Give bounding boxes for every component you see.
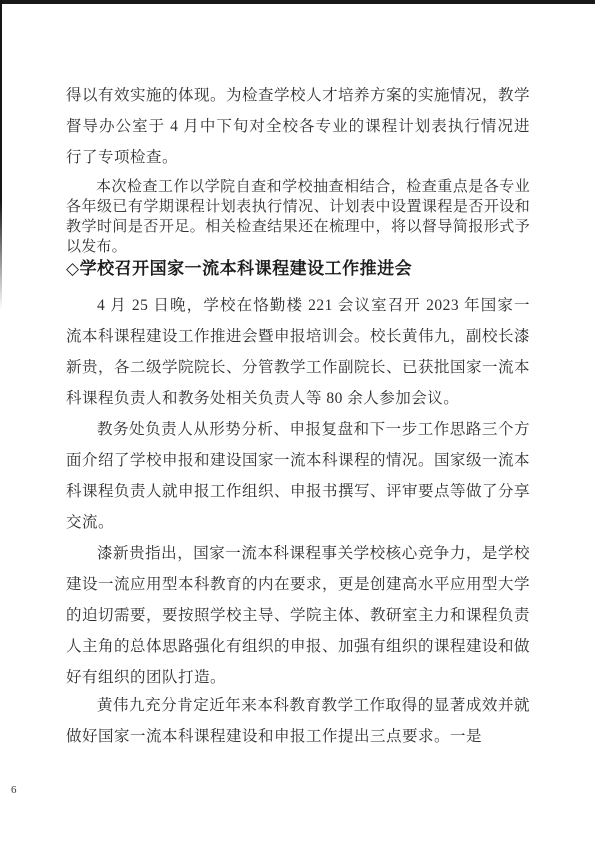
scan-edge-left	[0, 0, 2, 310]
body-paragraph: 黄伟九充分肯定近年来本科教育教学工作取得的显著成效并就做好国家一流本科课程建设和…	[66, 690, 530, 752]
body-paragraph: 得以有效实施的体现。为检查学校人才培养方案的实施情况，教学督导办公室于 4 月中…	[66, 80, 530, 173]
scan-edge-top	[0, 0, 595, 4]
document-page: 得以有效实施的体现。为检查学校人才培养方案的实施情况，教学督导办公室于 4 月中…	[0, 0, 595, 841]
body-paragraph: 4 月 25 日晚，学校在恪勤楼 221 会议室召开 2023 年国家一流本科课…	[66, 290, 530, 414]
section-heading: ◇学校召开国家一流本科课程建设工作推进会	[66, 256, 530, 282]
body-paragraph: 漆新贵指出，国家一流本科课程事关学校核心竞争力，是学校建设一流应用型本科教育的内…	[66, 538, 530, 693]
body-paragraph: 本次检查工作以学院自查和学校抽查相结合，检查重点是各专业各年级已有学期课程计划表…	[66, 177, 530, 257]
page-number: 6	[11, 784, 17, 796]
body-paragraph: 教务处负责人从形势分析、申报复盘和下一步工作思路三个方面介绍了学校申报和建设国家…	[66, 414, 530, 538]
